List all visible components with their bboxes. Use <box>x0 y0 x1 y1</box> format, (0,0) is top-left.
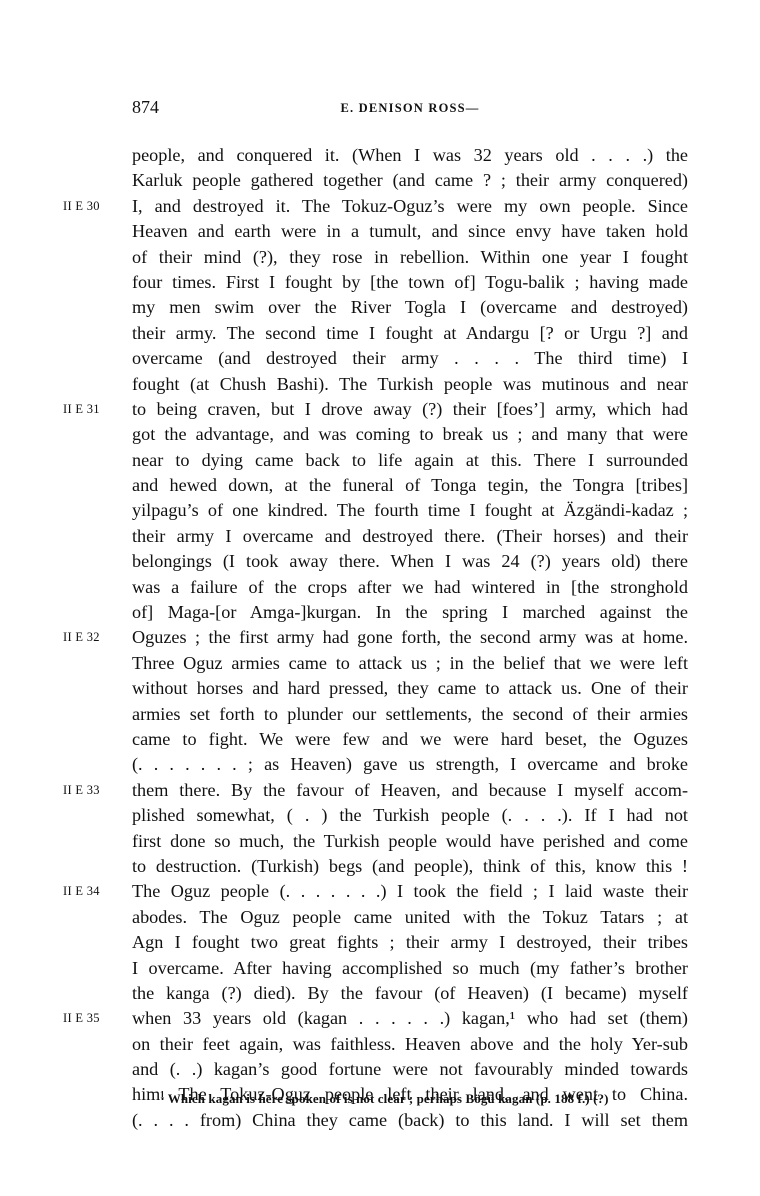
line-text: near to dying came back to life again at… <box>132 450 688 470</box>
text-line: their army. The second time I fought at … <box>132 321 688 346</box>
line-text: on their feet again, was faithless. Heav… <box>132 1034 688 1054</box>
text-line: on their feet again, was faithless. Heav… <box>132 1032 688 1057</box>
line-text: to being craven, but I drove away (?) th… <box>132 399 688 419</box>
line-text: armies set forth to plunder our settleme… <box>132 704 688 724</box>
margin-line-reference: II E 31 <box>63 397 100 422</box>
margin-line-reference: II E 34 <box>63 879 100 904</box>
line-text: abodes. The Oguz people came united with… <box>132 907 688 927</box>
text-line: overcame (and destroyed their army . . .… <box>132 346 688 371</box>
text-line: of their mind (?), they rose in rebellio… <box>132 245 688 270</box>
line-text: the kanga (?) died). By the favour (of H… <box>132 983 688 1003</box>
text-line: their army I overcame and destroyed ther… <box>132 524 688 549</box>
text-line: first done so much, the Turkish people w… <box>132 829 688 854</box>
text-line: armies set forth to plunder our settleme… <box>132 702 688 727</box>
text-line: of] Maga-[or Amga-]kurgan. In the spring… <box>132 600 688 625</box>
line-text: when 33 years old (kagan . . . . . .) ka… <box>132 1008 688 1028</box>
text-line: Agn I fought two great fights ; their ar… <box>132 930 688 955</box>
text-line: and (. .) kagan’s good fortune were not … <box>132 1057 688 1082</box>
line-text: Agn I fought two great fights ; their ar… <box>132 932 688 952</box>
line-text: of] Maga-[or Amga-]kurgan. In the spring… <box>132 602 688 622</box>
line-text: and (. .) kagan’s good fortune were not … <box>132 1059 688 1079</box>
line-text: I, and destroyed it. The Tokuz-Oguz’s we… <box>132 196 688 216</box>
line-text: fought (at Chush Bashi). The Turkish peo… <box>132 374 688 394</box>
line-text: first done so much, the Turkish people w… <box>132 831 688 851</box>
line-text: (. . . . from) China they came (back) to… <box>132 1110 688 1130</box>
line-text: Oguzes ; the first army had gone forth, … <box>132 627 688 647</box>
text-line: abodes. The Oguz people came united with… <box>132 905 688 930</box>
text-line: yilpagu’s of one kindred. The fourth tim… <box>132 498 688 523</box>
text-line: (. . . . from) China they came (back) to… <box>132 1108 688 1133</box>
text-line: people, and conquered it. (When I was 32… <box>132 143 688 168</box>
footnote: 1 Which kagan is here spoken of is not c… <box>160 1089 609 1109</box>
text-line: and hewed down, at the funeral of Tonga … <box>132 473 688 498</box>
text-line: II E 31to being craven, but I drove away… <box>132 397 688 422</box>
text-line: I overcame. After having accomplished so… <box>132 956 688 981</box>
line-text: (. . . . . . . ; as Heaven) gave us stre… <box>132 754 688 774</box>
line-text: Three Oguz armies came to attack us ; in… <box>132 653 688 673</box>
line-text: of their mind (?), they rose in rebellio… <box>132 247 688 267</box>
text-line: near to dying came back to life again at… <box>132 448 688 473</box>
footnote-text: Which kagan is here spoken of is not cle… <box>168 1091 609 1106</box>
line-text: yilpagu’s of one kindred. The fourth tim… <box>132 500 688 520</box>
text-line: II E 35when 33 years old (kagan . . . . … <box>132 1006 688 1031</box>
line-text: Heaven and earth were in a tumult, and s… <box>132 221 688 241</box>
line-text: four times. First I fought by [the town … <box>132 272 688 292</box>
margin-line-reference: II E 33 <box>63 778 100 803</box>
line-text: my men swim over the River Togla I (over… <box>132 297 688 317</box>
text-line: was a failure of the crops after we had … <box>132 575 688 600</box>
line-text: without horses and hard pressed, they ca… <box>132 678 688 698</box>
text-line: four times. First I fought by [the town … <box>132 270 688 295</box>
line-text: I overcame. After having accomplished so… <box>132 958 688 978</box>
book-page: 874 E. DENISON ROSS— people, and conquer… <box>0 0 760 1196</box>
line-text: their army I overcame and destroyed ther… <box>132 526 688 546</box>
text-line: got the advantage, and was coming to bre… <box>132 422 688 447</box>
line-text: came to fight. We were few and we were h… <box>132 729 688 749</box>
line-text: got the advantage, and was coming to bre… <box>132 424 688 444</box>
text-line: plished somewhat, ( . ) the Turkish peop… <box>132 803 688 828</box>
text-line: belongings (I took away there. When I wa… <box>132 549 688 574</box>
line-text: plished somewhat, ( . ) the Turkish peop… <box>132 805 688 825</box>
line-text: Karluk people gathered together (and cam… <box>132 170 688 190</box>
margin-line-reference: II E 30 <box>63 194 100 219</box>
text-line: fought (at Chush Bashi). The Turkish peo… <box>132 372 688 397</box>
line-text: their army. The second time I fought at … <box>132 323 688 343</box>
body-text: people, and conquered it. (When I was 32… <box>132 143 688 1133</box>
text-line: to destruction. (Turkish) begs (and peop… <box>132 854 688 879</box>
text-line: my men swim over the River Togla I (over… <box>132 295 688 320</box>
text-line: came to fight. We were few and we were h… <box>132 727 688 752</box>
text-line: II E 30I, and destroyed it. The Tokuz-Og… <box>132 194 688 219</box>
text-line: II E 34The Oguz people (. . . . . . .) I… <box>132 879 688 904</box>
margin-line-reference: II E 35 <box>63 1006 100 1031</box>
text-line: Karluk people gathered together (and cam… <box>132 168 688 193</box>
text-line: the kanga (?) died). By the favour (of H… <box>132 981 688 1006</box>
line-text: The Oguz people (. . . . . . .) I took t… <box>132 881 688 901</box>
line-text: was a failure of the crops after we had … <box>132 577 688 597</box>
line-text: overcame (and destroyed their army . . .… <box>132 348 688 368</box>
line-text: them there. By the favour of Heaven, and… <box>132 780 688 800</box>
footnote-marker: 1 <box>160 1090 165 1100</box>
text-line: (. . . . . . . ; as Heaven) gave us stre… <box>132 752 688 777</box>
text-line: Three Oguz armies came to attack us ; in… <box>132 651 688 676</box>
line-text: belongings (I took away there. When I wa… <box>132 551 688 571</box>
line-text: and hewed down, at the funeral of Tonga … <box>132 475 688 495</box>
running-title: E. DENISON ROSS— <box>132 97 688 119</box>
running-head: 874 E. DENISON ROSS— <box>132 96 688 118</box>
line-text: to destruction. (Turkish) begs (and peop… <box>132 856 688 876</box>
text-line: without horses and hard pressed, they ca… <box>132 676 688 701</box>
text-line: II E 33them there. By the favour of Heav… <box>132 778 688 803</box>
margin-line-reference: II E 32 <box>63 625 100 650</box>
text-line: II E 32Oguzes ; the first army had gone … <box>132 625 688 650</box>
line-text: people, and conquered it. (When I was 32… <box>132 145 688 165</box>
text-line: Heaven and earth were in a tumult, and s… <box>132 219 688 244</box>
